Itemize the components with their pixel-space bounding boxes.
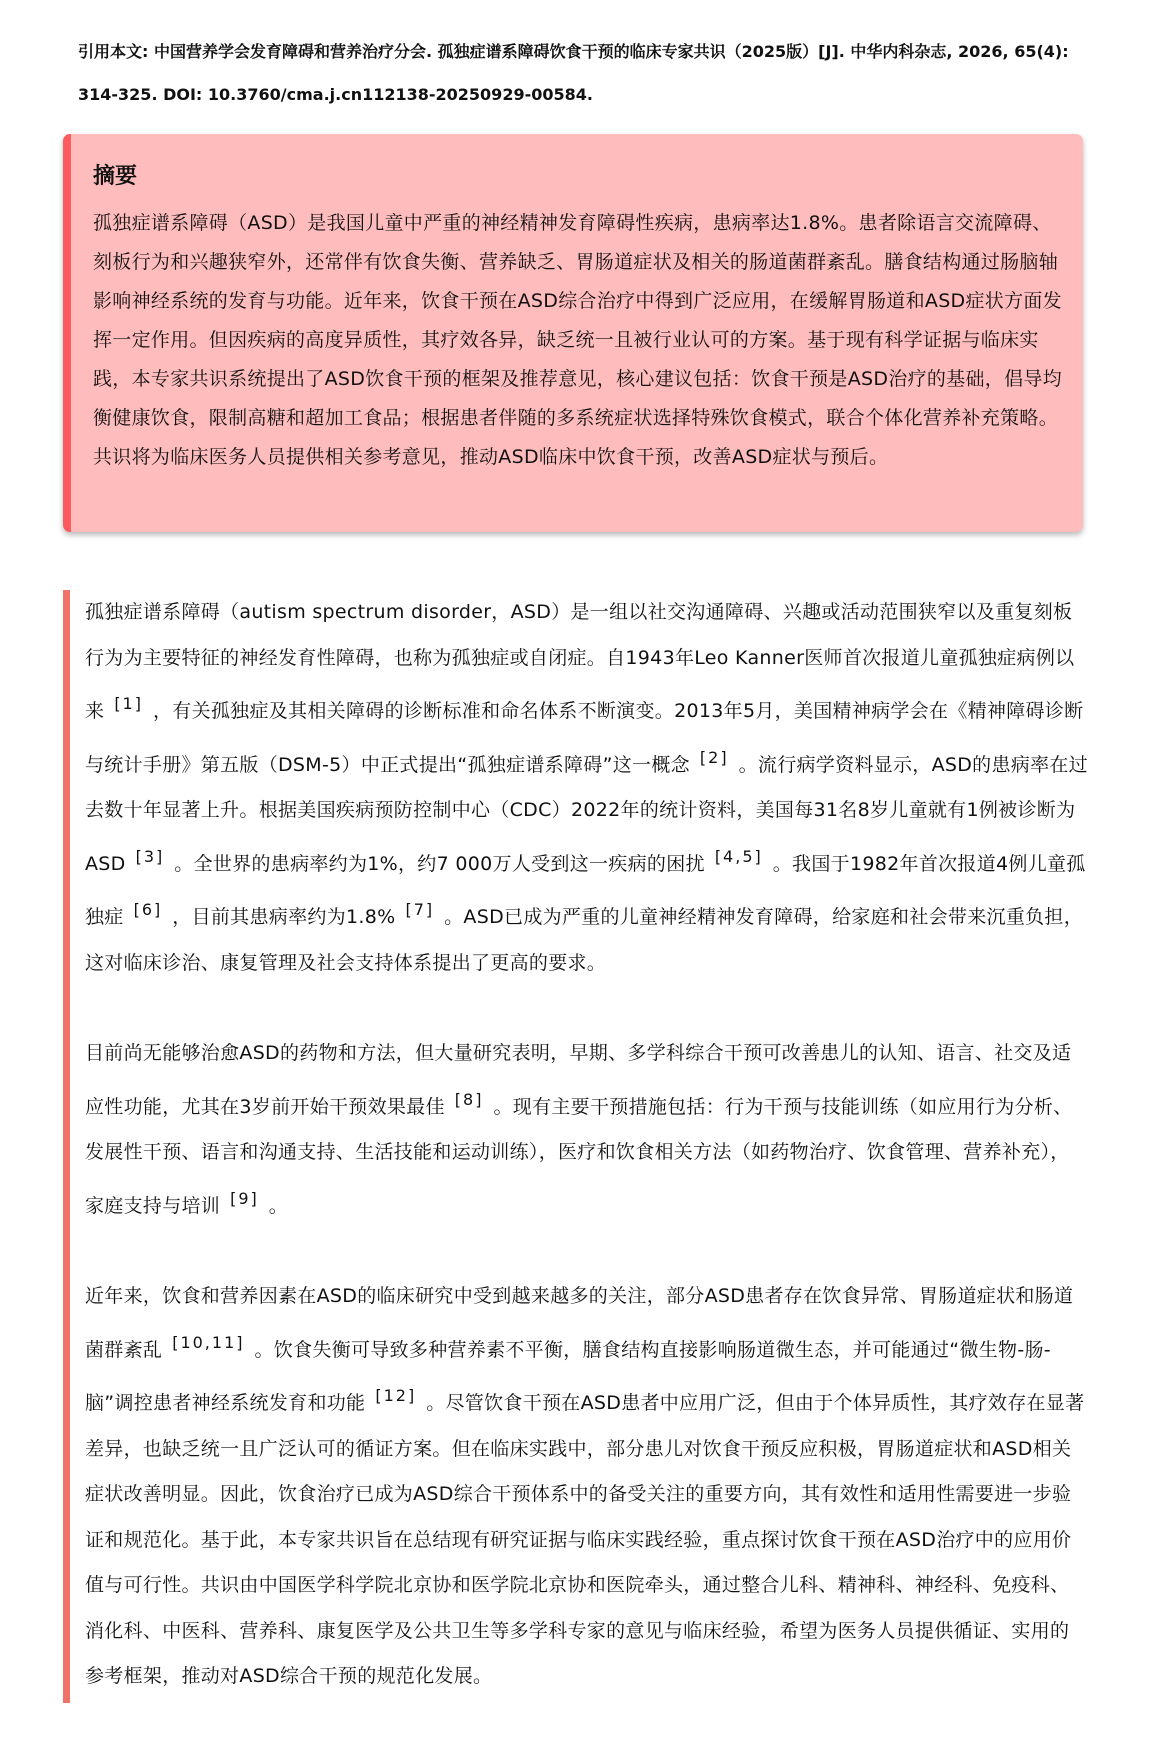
citation-text: 引用本文: 中国营养学会发育障碍和营养治疗分会. 孤独症谱系障碍饮食干预的临床专… — [78, 30, 1088, 116]
reference-link[interactable]: [10,11] — [172, 1333, 244, 1352]
body-paragraph: 近年来，饮食和营养因素在ASD的临床研究中受到越来越多的关注，部分ASD患者存在… — [85, 1274, 1088, 1700]
article-body: 孤独症谱系障碍（autism spectrum disorder，ASD）是一组… — [63, 590, 1088, 1703]
abstract-title: 摘要 — [93, 160, 1063, 194]
reference-link[interactable]: [1] — [114, 694, 143, 713]
reference-link[interactable]: [6] — [134, 900, 163, 919]
body-text: 。尽管饮食干预在ASD患者中应用广泛，但由于个体异质性，其疗效存在显著差异，也缺… — [85, 1392, 1084, 1687]
body-text: ，目前其患病率约为1.8% — [172, 906, 395, 928]
reference-link[interactable]: [7] — [405, 900, 434, 919]
body-text: 。全世界的患病率约为1%，约7 000万人受到这一疾病的困扰 — [174, 853, 705, 875]
body-text: 。 — [269, 1195, 288, 1217]
reference-link[interactable]: [12] — [375, 1386, 416, 1405]
abstract-card: 摘要 孤独症谱系障碍（ASD）是我国儿童中严重的神经精神发育障碍性疾病，患病率达… — [63, 134, 1083, 532]
reference-link[interactable]: [8] — [455, 1090, 484, 1109]
reference-link[interactable]: [2] — [700, 748, 729, 767]
abstract-text: 孤独症谱系障碍（ASD）是我国儿童中严重的神经精神发育障碍性疾病，患病率达1.8… — [93, 204, 1063, 477]
reference-link[interactable]: [4,5] — [715, 847, 763, 866]
reference-link[interactable]: [9] — [230, 1189, 259, 1208]
body-paragraph: 目前尚无能够治愈ASD的药物和方法，但大量研究表明，早期、多学科综合干预可改善患… — [85, 1031, 1088, 1229]
body-paragraph: 孤独症谱系障碍（autism spectrum disorder，ASD）是一组… — [85, 590, 1088, 986]
reference-link[interactable]: [3] — [136, 847, 165, 866]
